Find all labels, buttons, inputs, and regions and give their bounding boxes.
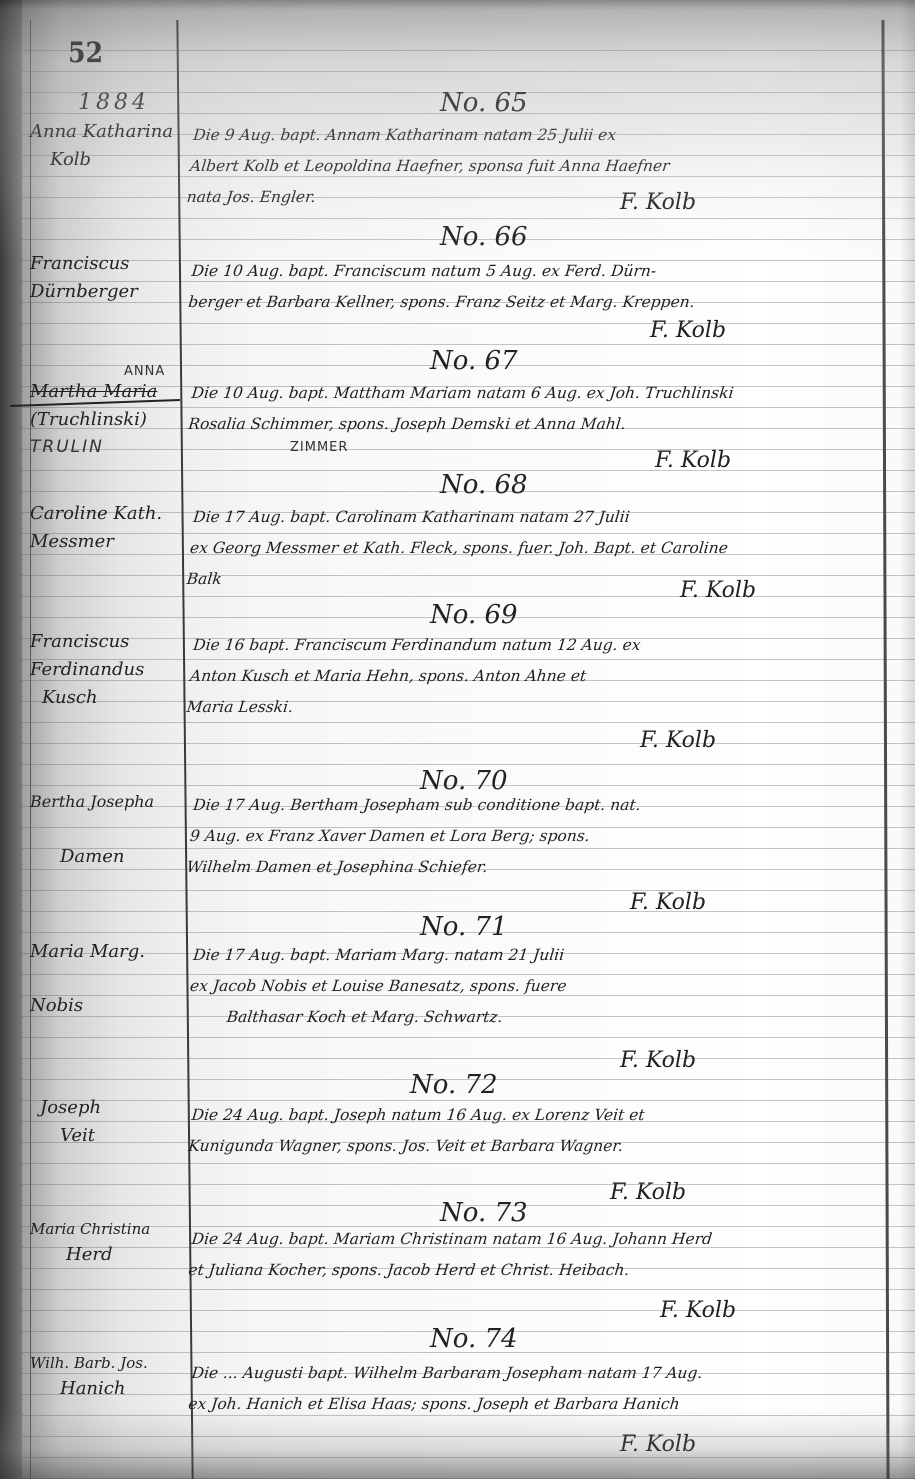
entry-line: Die 17 Aug. bapt. Mariam Marg. natam 21 … <box>192 940 835 971</box>
margin-name-line: Anna Katharina <box>30 118 180 146</box>
entry-line: 9 Aug. ex Franz Xaver Damen et Lora Berg… <box>188 821 831 852</box>
entry-text: Die ... Augusti bapt. Wilhelm Barbaram J… <box>187 1358 834 1420</box>
entry-line: Rosalia Schimmer, spons. Joseph Demski e… <box>187 409 830 440</box>
margin-name-line: Ferdinandus <box>30 656 180 684</box>
entry-line: Kunigunda Wagner, spons. Jos. Veit et Ba… <box>187 1131 830 1162</box>
margin-name: Caroline Kath. Messmer <box>30 500 180 556</box>
priest-signature: F. Kolb <box>655 448 731 473</box>
margin-name: Franciscus Dürnberger <box>30 250 180 306</box>
priest-signature: F. Kolb <box>640 728 716 753</box>
margin-name-line: Messmer <box>30 528 180 556</box>
entry-line: Die ... Augusti bapt. Wilhelm Barbaram J… <box>190 1358 833 1389</box>
margin-name-line: Nobis <box>30 992 180 1020</box>
entry-line: ex Jacob Nobis et Louise Banesatz, spons… <box>188 971 831 1002</box>
entry-text: Die 10 Aug. bapt. Franciscum natum 5 Aug… <box>187 256 834 318</box>
entry-text: Die 10 Aug. bapt. Mattham Mariam natam 6… <box>187 378 834 440</box>
margin-name-line: Franciscus <box>30 628 180 656</box>
margin-name-line: Kusch <box>30 684 180 712</box>
margin-name: Maria Marg. Nobis <box>30 938 180 1020</box>
margin-name-line: Dürnberger <box>30 278 180 306</box>
entry-line: Anton Kusch et Maria Hehn, spons. Anton … <box>188 661 831 692</box>
entry-text: Die 17 Aug. bapt. Mariam Marg. natam 21 … <box>185 940 835 1033</box>
text-correction: ZIMMER <box>290 440 348 455</box>
entry-text: Die 24 Aug. bapt. Mariam Christinam nata… <box>187 1224 834 1286</box>
entry-line: Die 17 Aug. Bertham Josepham sub conditi… <box>192 790 835 821</box>
entry-line: Die 10 Aug. bapt. Franciscum natum 5 Aug… <box>190 256 833 287</box>
priest-signature: F. Kolb <box>630 890 706 915</box>
entry-text: Die 9 Aug. bapt. Annam Katharinam natam … <box>185 120 835 213</box>
priest-signature: F. Kolb <box>660 1298 736 1323</box>
margin-name: Wilh. Barb. Jos. Hanich <box>30 1352 180 1403</box>
margin-name-line: Veit <box>30 1122 180 1150</box>
margin-name-line: Kolb <box>30 146 180 174</box>
margin-name-line: Damen <box>30 843 180 871</box>
entry-line: Die 17 Aug. bapt. Carolinam Katharinam n… <box>192 502 835 533</box>
entry-number: No. 69 <box>430 600 518 630</box>
margin-name-line: Herd <box>30 1241 180 1269</box>
entry-text: Die 24 Aug. bapt. Joseph natum 16 Aug. e… <box>187 1100 834 1162</box>
margin-correction: ANNA <box>124 364 165 379</box>
entry-number: No. 72 <box>410 1070 498 1100</box>
entry-line: ex Joh. Hanich et Elisa Haas; spons. Jos… <box>187 1389 830 1420</box>
entry-line: Wilhelm Damen et Josephina Schiefer. <box>185 852 828 883</box>
margin-name: Franciscus Ferdinandus Kusch <box>30 628 180 712</box>
page-number: 52 <box>68 36 103 69</box>
margin-name: Martha Maria (Truchlinski) TRULIN <box>30 378 180 460</box>
entry-number: No. 65 <box>440 88 528 118</box>
binding-edge <box>0 0 22 1479</box>
entry-line: Die 9 Aug. bapt. Annam Katharinam natam … <box>192 120 835 151</box>
entry-line: Maria Lesski. <box>185 692 828 723</box>
year-heading: 1884 <box>78 90 150 115</box>
margin-name-line: Maria Marg. <box>30 938 180 966</box>
entry-line: Die 16 bapt. Franciscum Ferdinandum natu… <box>192 630 835 661</box>
entry-text: Die 17 Aug. Bertham Josepham sub conditi… <box>185 790 835 883</box>
margin-name-line: Joseph <box>30 1094 180 1122</box>
entry-line: et Juliana Kocher, spons. Jacob Herd et … <box>187 1255 830 1286</box>
priest-signature: F. Kolb <box>680 578 756 603</box>
entry-number: No. 71 <box>420 912 508 942</box>
entry-number: No. 67 <box>430 346 518 376</box>
priest-signature: F. Kolb <box>620 1048 696 1073</box>
margin-name-correction: TRULIN <box>30 434 180 460</box>
entry-line: ex Georg Messmer et Kath. Fleck, spons. … <box>188 533 831 564</box>
margin-name: Bertha Josepha Damen <box>30 790 180 871</box>
margin-name-line: Bertha Josepha <box>30 790 180 815</box>
margin-name: Anna Katharina Kolb <box>30 118 180 174</box>
margin-name-line: Franciscus <box>30 250 180 278</box>
margin-name: Maria Christina Herd <box>30 1218 180 1269</box>
entry-number: No. 66 <box>440 222 528 252</box>
margin-name-line: Caroline Kath. <box>30 500 180 528</box>
entry-line: Die 24 Aug. bapt. Joseph natum 16 Aug. e… <box>190 1100 833 1131</box>
margin-name-line: Maria Christina <box>30 1218 180 1241</box>
entry-number: No. 74 <box>430 1324 518 1354</box>
priest-signature: F. Kolb <box>650 318 726 343</box>
margin-name-line: Hanich <box>30 1375 180 1403</box>
entry-line: Die 10 Aug. bapt. Mattham Mariam natam 6… <box>190 378 833 409</box>
entry-text: Die 16 bapt. Franciscum Ferdinandum natu… <box>185 630 835 723</box>
entry-line: Albert Kolb et Leopoldina Haefner, spons… <box>188 151 831 182</box>
priest-signature: F. Kolb <box>620 190 696 215</box>
margin-name: Joseph Veit <box>30 1094 180 1150</box>
priest-signature: F. Kolb <box>610 1180 686 1205</box>
register-page: 52 1884 No. 65 Anna Katharina Kolb Die 9… <box>0 0 915 1479</box>
entry-line: Balthasar Koch et Marg. Schwartz. <box>185 1002 828 1033</box>
margin-name-line: (Truchlinski) <box>30 406 180 434</box>
entry-number: No. 68 <box>440 470 528 500</box>
entry-line: nata Jos. Engler. <box>185 182 828 213</box>
entry-line: Die 24 Aug. bapt. Mariam Christinam nata… <box>190 1224 833 1255</box>
priest-signature: F. Kolb <box>620 1432 696 1457</box>
entry-line: berger et Barbara Kellner, spons. Franz … <box>187 287 830 318</box>
margin-name-line: Wilh. Barb. Jos. <box>30 1352 180 1375</box>
